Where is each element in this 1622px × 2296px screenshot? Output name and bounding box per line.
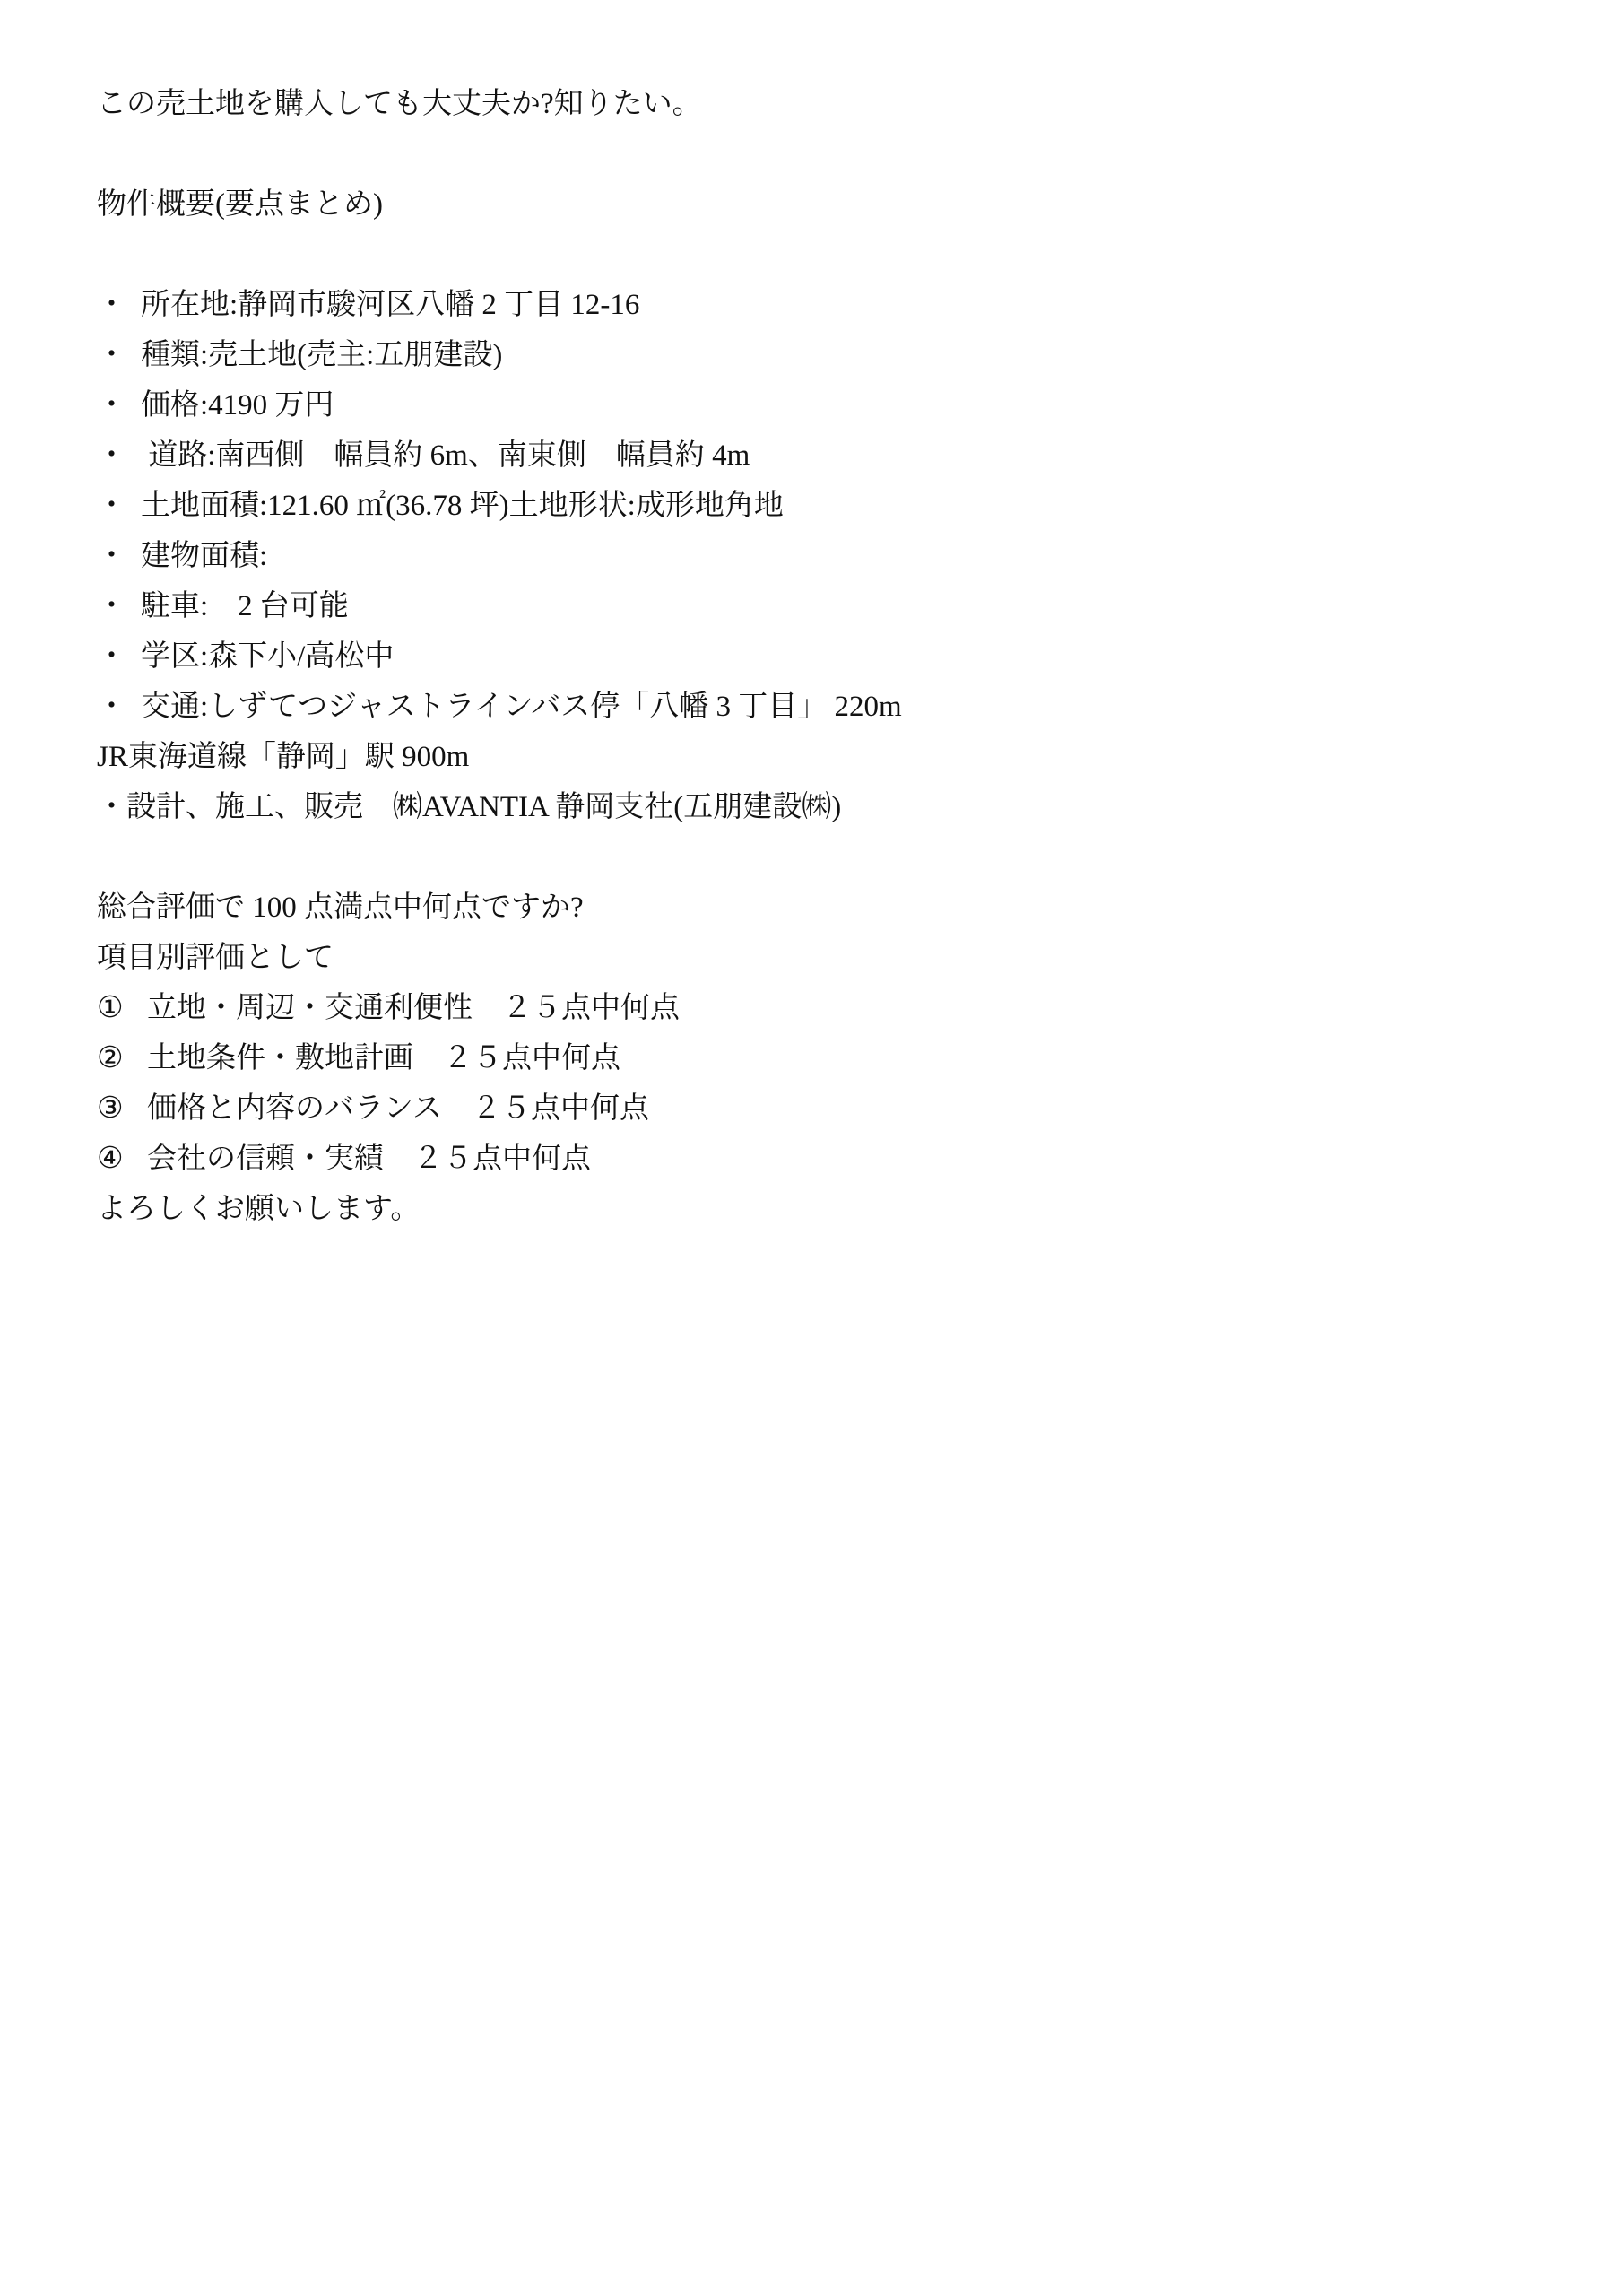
circled-number-4-icon: ④ (97, 1134, 147, 1184)
question-line: この売土地を購入しても大丈夫か?知りたい。 (97, 79, 1541, 129)
property-item-text: 所在地:静岡市駿河区八幡 2 丁目 12-16 (141, 280, 639, 330)
bullet-icon: ・ (97, 581, 141, 631)
transit-continuation-line: JR東海道線「静岡」駅 900m (97, 732, 1541, 782)
bullet-icon: ・ (97, 430, 141, 481)
closing-line: よろしくお願いします。 (97, 1184, 1541, 1234)
overall-score-question: 総合評価で 100 点満点中何点ですか? (97, 883, 1541, 933)
builder-line: ・設計、施工、販売 ㈱AVANTIA 静岡支社(五朋建設㈱) (97, 782, 1541, 832)
document-page: この売土地を購入しても大丈夫か?知りたい。 物件概要(要点まとめ) ・ 所在地:… (0, 0, 1622, 2296)
circled-number-3-icon: ③ (97, 1083, 147, 1134)
property-item-parking: ・ 駐車: 2 台可能 (97, 581, 1541, 631)
criteria-item-price-balance: ③ 価格と内容のバランス ２５点中何点 (97, 1083, 1541, 1134)
blank-line (97, 129, 1541, 179)
bullet-icon: ・ (97, 682, 141, 732)
bullet-icon: ・ (97, 531, 141, 581)
property-item-price: ・ 価格:4190 万円 (97, 380, 1541, 430)
bullet-icon: ・ (97, 330, 141, 380)
property-item-text: 価格:4190 万円 (141, 380, 334, 430)
property-item-transit: ・ 交通:しずてつジャストラインバス停「八幡 3 丁目」 220m (97, 682, 1541, 732)
criteria-text: 土地条件・敷地計画 ２５点中何点 (147, 1033, 620, 1083)
criteria-text: 価格と内容のバランス ２５点中何点 (147, 1083, 649, 1134)
criteria-item-company-trust: ④ 会社の信頼・実績 ２５点中何点 (97, 1134, 1541, 1184)
criteria-text: 立地・周辺・交通利便性 ２５点中何点 (147, 983, 680, 1033)
blank-line (97, 832, 1541, 883)
property-item-text: 学区:森下小/高松中 (141, 631, 394, 682)
blank-line (97, 230, 1541, 280)
bullet-icon: ・ (97, 280, 141, 330)
bullet-icon: ・ (97, 481, 141, 531)
circled-number-2-icon: ② (97, 1033, 147, 1083)
property-item-type: ・ 種類:売土地(売主:五朋建設) (97, 330, 1541, 380)
criteria-intro: 項目別評価として (97, 933, 1541, 983)
criteria-item-land-conditions: ② 土地条件・敷地計画 ２５点中何点 (97, 1033, 1541, 1083)
property-item-roads: ・ 道路:南西側 幅員約 6m、南東側 幅員約 4m (97, 430, 1541, 481)
property-item-location: ・ 所在地:静岡市駿河区八幡 2 丁目 12-16 (97, 280, 1541, 330)
property-item-text: 交通:しずてつジャストラインバス停「八幡 3 丁目」 220m (141, 682, 902, 732)
property-item-text: 土地面積:121.60 ㎡(36.78 坪)土地形状:成形地角地 (141, 481, 784, 531)
circled-number-1-icon: ① (97, 983, 147, 1033)
property-item-land-area: ・ 土地面積:121.60 ㎡(36.78 坪)土地形状:成形地角地 (97, 481, 1541, 531)
property-item-text: 駐車: 2 台可能 (141, 581, 349, 631)
property-item-text: 種類:売土地(売主:五朋建設) (141, 330, 502, 380)
criteria-item-location: ① 立地・周辺・交通利便性 ２５点中何点 (97, 983, 1541, 1033)
bullet-icon: ・ (97, 631, 141, 682)
property-item-text: 建物面積: (141, 531, 267, 581)
property-item-school-district: ・ 学区:森下小/高松中 (97, 631, 1541, 682)
criteria-text: 会社の信頼・実績 ２５点中何点 (147, 1134, 591, 1184)
property-summary-list: ・ 所在地:静岡市駿河区八幡 2 丁目 12-16 ・ 種類:売土地(売主:五朋… (97, 280, 1541, 732)
property-item-building-area: ・ 建物面積: (97, 531, 1541, 581)
summary-heading: 物件概要(要点まとめ) (97, 179, 1541, 230)
property-item-text: 道路:南西側 幅員約 6m、南東側 幅員約 4m (141, 430, 750, 481)
bullet-icon: ・ (97, 380, 141, 430)
